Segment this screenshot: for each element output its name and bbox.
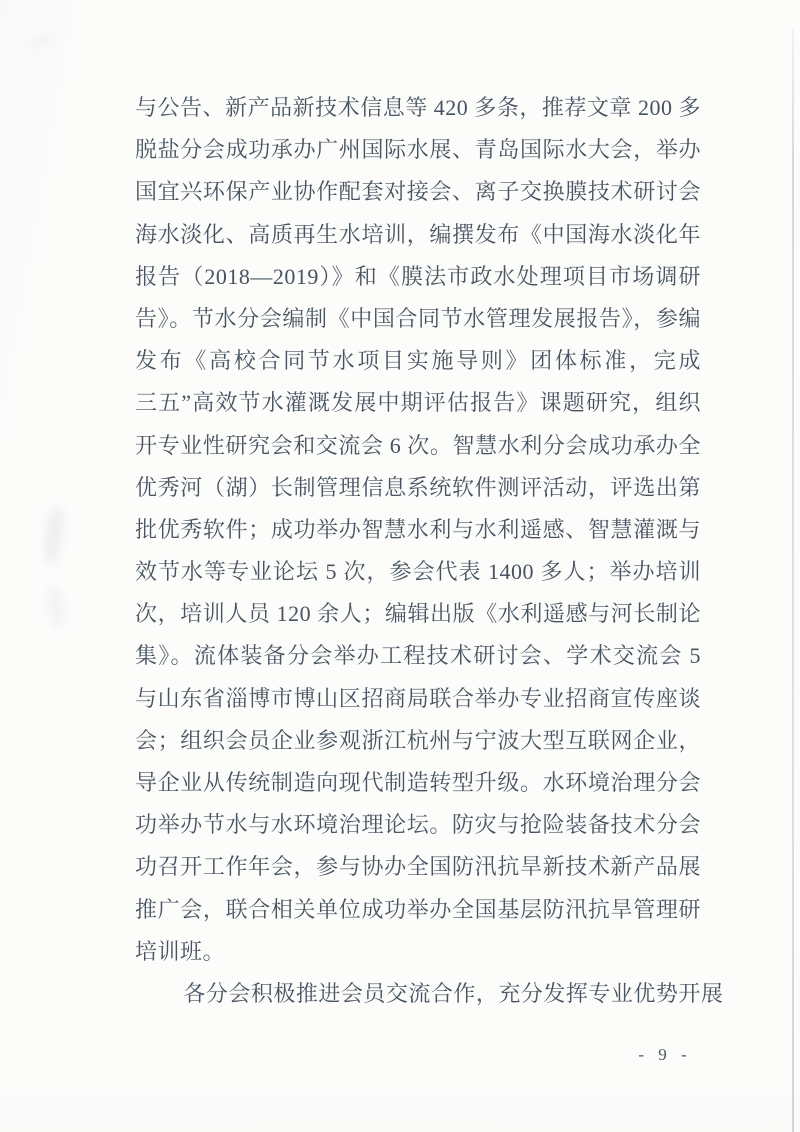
text-line: 批优秀软件；成功举办智慧水利与水利遥感、智慧灌溉与高 <box>135 509 701 551</box>
text-line: 优秀河（湖）长制管理信息系统软件测评活动，评选出第一 <box>135 467 701 509</box>
text-line: 发布《高校合同节水项目实施导则》团体标准，完成《“十 <box>135 340 701 382</box>
text-line: 国宜兴环保产业协作配套对接会、离子交换膜技术研讨会和 <box>135 171 701 213</box>
scan-artifact-smudge <box>42 504 66 566</box>
text-line: 三五”高效节水灌溉发展中期评估报告》课题研究，组织召 <box>135 382 701 424</box>
text-line: 开专业性研究会和交流会 6 次。智慧水利分会成功承办全国 <box>135 425 701 467</box>
text-line: 培训班。 <box>135 931 701 973</box>
text-line: 脱盐分会成功承办广州国际水展、青岛国际水大会，举办中 <box>135 129 701 171</box>
text-line: 与公告、新产品新技术信息等 420 多条，推荐文章 200 多篇。 <box>135 87 701 129</box>
text-line: 功召开工作年会，参与协办全国防汛抗旱新技术新产品展演 <box>135 846 701 888</box>
text-line: 次，培训人员 120 余人；编辑出版《水利遥感与河长制论文 <box>135 593 701 635</box>
document-page: 与公告、新产品新技术信息等 420 多条，推荐文章 200 多篇。脱盐分会成功承… <box>0 0 800 1132</box>
text-line: 集》。流体装备分会举办工程技术研讨会、学术交流会 5 次； <box>135 635 701 677</box>
text-line: 功举办节水与水环境治理论坛。防灾与抢险装备技术分会成 <box>135 804 701 846</box>
page-number: - 9 - <box>630 1044 700 1066</box>
text-line: 各分会积极推进会员交流合作，充分发挥专业优势开展 <box>135 973 701 1015</box>
scan-page-edge-line <box>792 28 794 1132</box>
text-line: 与山东省淄博市博山区招商局联合举办专业招商宣传座谈 <box>135 678 701 720</box>
scan-artifact-smudge <box>48 584 65 629</box>
text-line: 推广会，联合相关单位成功举办全国基层防汛抗旱管理研讨 <box>135 889 701 931</box>
scan-artifact-smudge <box>29 32 57 50</box>
text-line: 会；组织会员企业参观浙江杭州与宁波大型互联网企业，引 <box>135 720 701 762</box>
text-line: 海水淡化、高质再生水培训，编撰发布《中国海水淡化年度 <box>135 214 701 256</box>
text-line: 报告（2018—2019）》和《膜法市政水处理项目市场调研报 <box>135 256 701 298</box>
text-line: 告》。节水分会编制《中国合同节水管理发展报告》，参编 <box>135 298 701 340</box>
text-line: 效节水等专业论坛 5 次，参会代表 1400 多人；举办培训班 1 <box>135 551 701 593</box>
body-text-block: 与公告、新产品新技术信息等 420 多条，推荐文章 200 多篇。脱盐分会成功承… <box>135 87 701 1015</box>
text-line: 导企业从传统制造向现代制造转型升级。水环境治理分会成 <box>135 762 701 804</box>
